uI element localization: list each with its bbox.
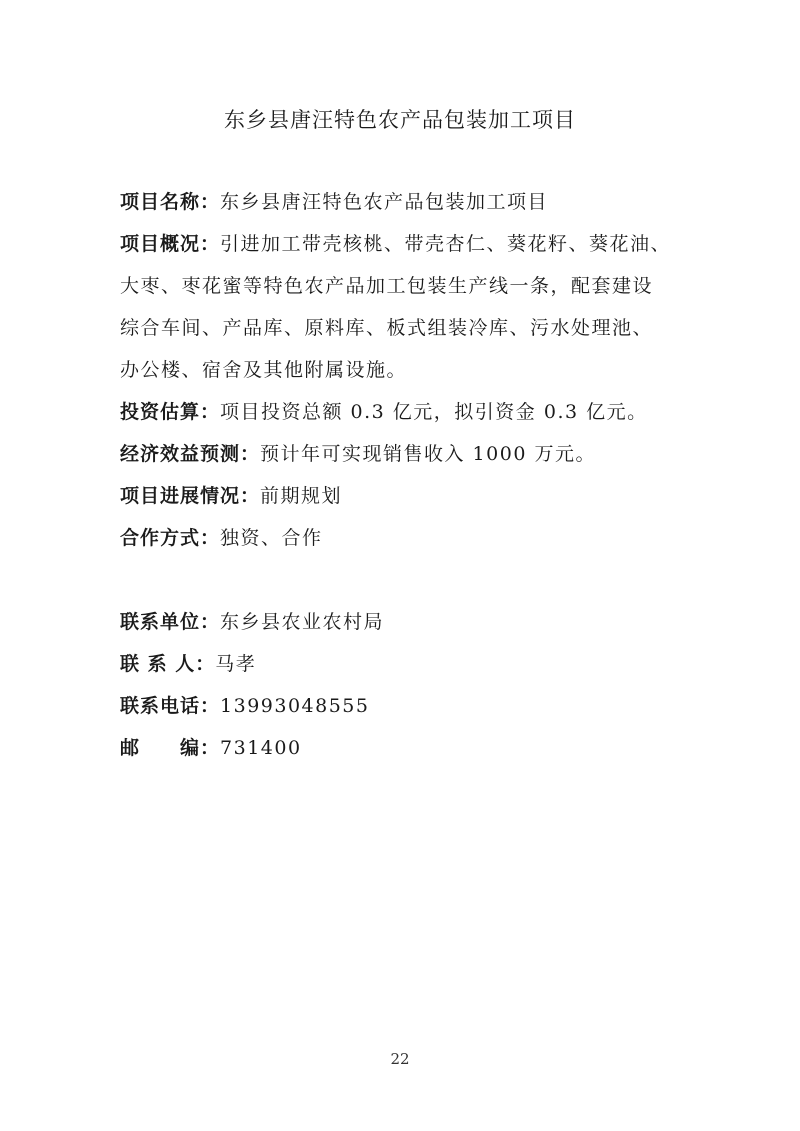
field-investment-estimate: 投资估算：项目投资总额 0.3 亿元，拟引资金 0.3 亿元。 [120, 400, 648, 424]
field-project-overview: 项目概况：引进加工带壳核桃、带壳杏仁、葵花籽、葵花油、 [120, 232, 671, 256]
field-project-overview-line-4: 办公楼、宿舍及其他附属设施。 [120, 358, 407, 382]
field-value: 独资、合作 [220, 527, 323, 549]
field-label: 投资估算： [120, 401, 220, 423]
field-value: 东乡县唐汪特色农产品包装加工项目 [220, 191, 548, 213]
field-value: 前期规划 [260, 485, 342, 507]
contact-label: 邮 编： [120, 737, 220, 759]
contact-person: 联 系 人：马孝 [120, 652, 256, 676]
field-label: 项目概况： [120, 233, 220, 255]
field-project-overview-line-3: 综合车间、产品库、原料库、板式组装冷库、污水处理池、 [120, 316, 653, 340]
field-label: 项目名称： [120, 191, 220, 213]
field-economic-forecast: 经济效益预测：预计年可实现销售收入 1000 万元。 [120, 442, 596, 466]
document-title: 东乡县唐汪特色农产品包装加工项目 [0, 104, 800, 134]
contact-unit: 联系单位：东乡县农业农村局 [120, 610, 384, 634]
contact-label: 联系单位： [120, 611, 220, 633]
field-cooperation-mode: 合作方式：独资、合作 [120, 526, 323, 550]
contact-value: 东乡县农业农村局 [220, 611, 384, 633]
contact-value: 马孝 [215, 653, 256, 675]
field-project-progress: 项目进展情况：前期规划 [120, 484, 342, 508]
contact-phone: 联系电话：13993048555 [120, 694, 370, 718]
contact-postcode: 邮 编：731400 [120, 736, 302, 760]
field-label: 经济效益预测： [120, 443, 260, 465]
contact-value: 731400 [220, 737, 302, 759]
contact-value: 13993048555 [220, 695, 369, 717]
page-number: 22 [0, 1050, 800, 1068]
contact-label: 联系电话： [120, 695, 220, 717]
contact-label: 联 系 人： [120, 653, 215, 675]
field-label: 项目进展情况： [120, 485, 260, 507]
field-value: 引进加工带壳核桃、带壳杏仁、葵花籽、葵花油、 [220, 233, 671, 255]
field-value: 预计年可实现销售收入 1000 万元。 [260, 443, 596, 465]
field-project-overview-line-2: 大枣、枣花蜜等特色农产品加工包装生产线一条，配套建设 [120, 274, 653, 298]
document-page: 东乡县唐汪特色农产品包装加工项目 项目名称：东乡县唐汪特色农产品包装加工项目 项… [0, 0, 800, 1131]
field-project-name: 项目名称：东乡县唐汪特色农产品包装加工项目 [120, 190, 548, 214]
field-value: 项目投资总额 0.3 亿元，拟引资金 0.3 亿元。 [220, 401, 648, 423]
field-label: 合作方式： [120, 527, 220, 549]
